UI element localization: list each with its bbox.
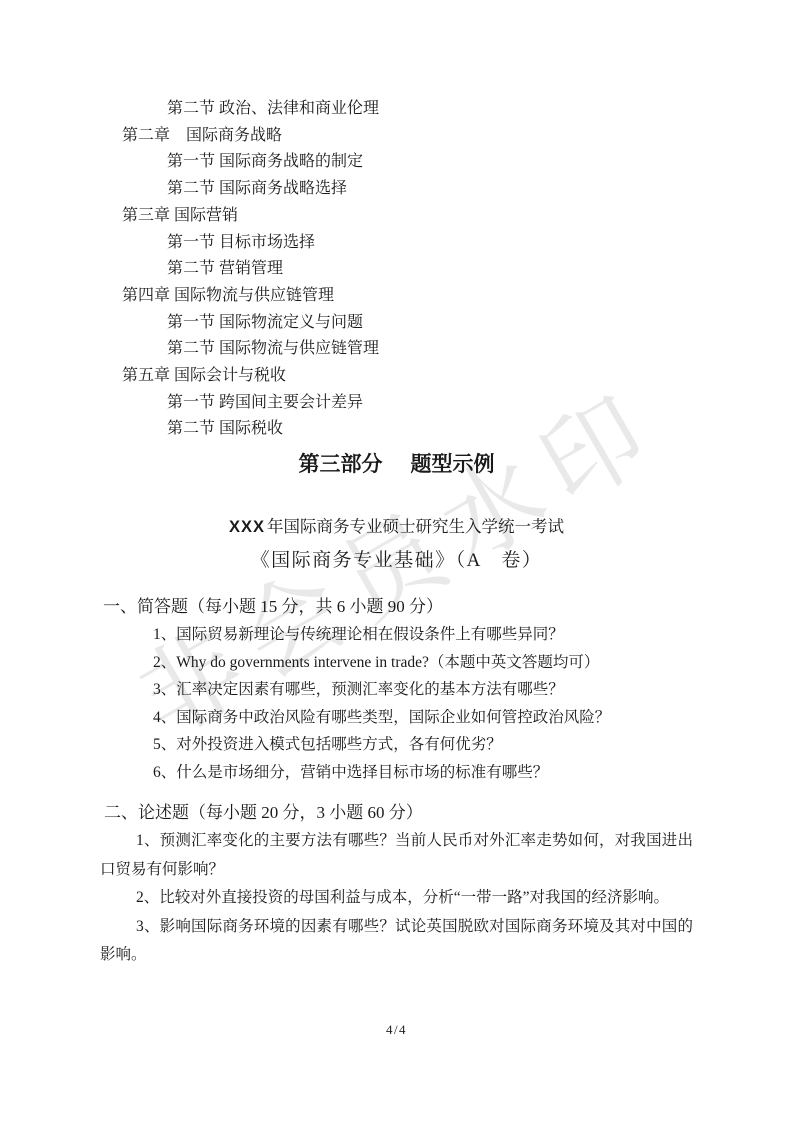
short-answer-question: 5、对外投资进入模式包括哪些方式，各有何优劣？ — [100, 731, 693, 759]
part-heading: 第三部分题型示例 — [100, 448, 693, 478]
toc-line: 第二节 国际物流与供应链管理 — [100, 336, 693, 363]
short-answer-question: 2、Why do governments intervene in trade?… — [100, 649, 693, 677]
toc-line: 第一节 国际物流定义与问题 — [100, 310, 693, 337]
exam-title-year-placeholder: XXX — [229, 518, 265, 536]
essay-question: 1、预测汇率变化的主要方法有哪些？当前人民币对外汇率走势如何，对我国进出口贸易有… — [100, 827, 693, 884]
part-heading-title: 题型示例 — [411, 452, 495, 476]
short-answer-question: 1、国际贸易新理论与传统理论相在假设条件上有哪些异同？ — [100, 621, 693, 649]
essay-question: 3、影响国际商务环境的因素有哪些？试论英国脱欧对国际商务环境及其对中国的影响。 — [100, 913, 693, 970]
exam-title-text: 年国际商务专业硕士研究生入学统一考试 — [267, 517, 564, 536]
toc-line: 第二节 营销管理 — [100, 256, 693, 283]
page-number: 4/4 — [0, 1022, 793, 1038]
essay-question: 2、比较对外直接投资的母国利益与成本，分析“一带一路”对我国的经济影响。 — [100, 884, 693, 913]
toc-line: 第二章 国际商务战略 — [100, 123, 693, 150]
exam-subtitle: 《国际商务专业基础》（A 卷） — [100, 545, 693, 572]
toc-line: 第三章 国际营销 — [100, 203, 693, 230]
short-answer-question: 4、国际商务中政治风险有哪些类型，国际企业如何管控政治风险？ — [100, 704, 693, 732]
toc-line: 第一节 跨国间主要会计差异 — [100, 390, 693, 417]
exam-title: XXX年国际商务专业硕士研究生入学统一考试 — [100, 513, 693, 537]
toc-line: 第五章 国际会计与税收 — [100, 363, 693, 390]
essay-section-heading: 二、论述题（每小题 20 分，3 小题 60 分） — [100, 798, 697, 823]
toc-line: 第二节 国际商务战略选择 — [100, 176, 693, 203]
toc-line: 第一节 国际商务战略的制定 — [100, 149, 693, 176]
toc-line: 第四章 国际物流与供应链管理 — [100, 283, 693, 310]
short-answer-question-list: 1、国际贸易新理论与传统理论相在假设条件上有哪些异同？ 2、Why do gov… — [100, 621, 693, 787]
toc-line: 第二节 政治、法律和商业伦理 — [100, 96, 693, 123]
document-page: 非会员水印 第二节 政治、法律和商业伦理 第二章 国际商务战略 第一节 国际商务… — [0, 0, 793, 1122]
short-answer-question: 3、汇率决定因素有哪些，预测汇率变化的基本方法有哪些？ — [100, 676, 693, 704]
toc-line: 第一节 目标市场选择 — [100, 230, 693, 257]
toc-line: 第二节 国际税收 — [100, 416, 693, 443]
essay-question-list: 1、预测汇率变化的主要方法有哪些？当前人民币对外汇率走势如何，对我国进出口贸易有… — [100, 827, 693, 970]
short-answer-section-heading: 一、简答题（每小题 15 分，共 6 小题 90 分） — [100, 592, 696, 617]
part-heading-number: 第三部分 — [299, 452, 383, 476]
short-answer-question: 6、什么是市场细分，营销中选择目标市场的标准有哪些？ — [100, 759, 693, 787]
table-of-contents: 第二节 政治、法律和商业伦理 第二章 国际商务战略 第一节 国际商务战略的制定 … — [100, 96, 693, 443]
